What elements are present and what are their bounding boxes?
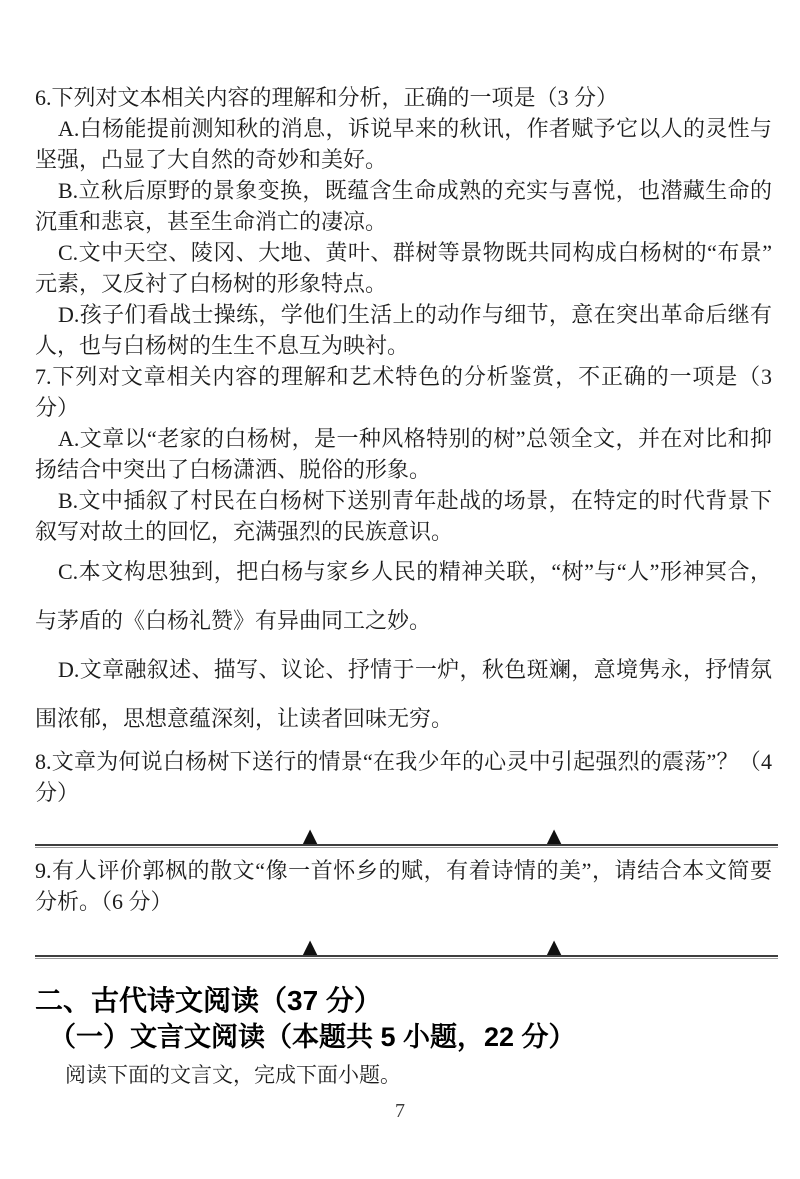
- question-8-stem: 8.文章为何说白杨树下送行的情景“在我少年的心灵中引起强烈的震荡”？（4 分）: [35, 746, 772, 808]
- question-7-stem: 7.下列对文章相关内容的理解和艺术特色的分析鉴赏，不正确的一项是（3 分）: [35, 361, 772, 423]
- question-6-option-c: C.文中天空、陵冈、大地、黄叶、群树等景物既共同构成白杨树的“布景”元素，又反衬…: [35, 237, 772, 299]
- question-7-option-c: C.本文构思独到，把白杨与家乡人民的精神关联，“树”与“人”形神冥合，与茅盾的《…: [35, 547, 772, 645]
- question-7-option-a: A.文章以“老家的白杨树，是一种风格特别的树”总领全文，并在对比和抑扬结合中突出…: [35, 423, 772, 485]
- question-7-option-d: D.文章融叙述、描写、议论、抒情于一炉，秋色斑斓，意境隽永，抒情氛围浓郁，思想意…: [35, 645, 772, 743]
- section-subheading: （一）文言文阅读（本题共 5 小题，22 分）: [49, 1020, 772, 1055]
- question-6-option-b: B.立秋后原野的景象变换，既蕴含生命成熟的充实与喜悦，也潜藏生命的沉重和悲哀，甚…: [35, 175, 772, 237]
- reading-instruction: 阅读下面的文言文，完成下面小题。: [65, 1060, 772, 1090]
- exam-page: 6.下列对文本相关内容的理解和分析，正确的一项是（3 分） A.白杨能提前测知秋…: [0, 0, 800, 1179]
- document-body: 6.下列对文本相关内容的理解和分析，正确的一项是（3 分） A.白杨能提前测知秋…: [0, 0, 800, 1090]
- separator-rule: [35, 844, 778, 848]
- separator-rule: [35, 955, 778, 959]
- answer-separator-1: ▲ ▲: [35, 822, 772, 848]
- answer-separator-2: ▲ ▲: [35, 933, 772, 959]
- question-6-option-a: A.白杨能提前测知秋的消息，诉说早来的秋讯，作者赋予它以人的灵性与坚强，凸显了大…: [35, 113, 772, 175]
- question-6-option-d: D.孩子们看战士操练，学他们生活上的动作与细节，意在突出革命后继有人，也与白杨树…: [35, 299, 772, 361]
- page-number: 7: [0, 1100, 800, 1123]
- question-6-stem: 6.下列对文本相关内容的理解和分析，正确的一项是（3 分）: [35, 82, 772, 113]
- question-9-stem: 9.有人评价郭枫的散文“像一首怀乡的赋，有着诗情的美”，请结合本文简要分析。（6…: [35, 855, 772, 917]
- section-heading: 二、古代诗文阅读（37 分）: [35, 983, 772, 1019]
- question-7-option-b: B.文中插叙了村民在白杨树下送别青年赴战的场景，在特定的时代背景下叙写对故土的回…: [35, 485, 772, 547]
